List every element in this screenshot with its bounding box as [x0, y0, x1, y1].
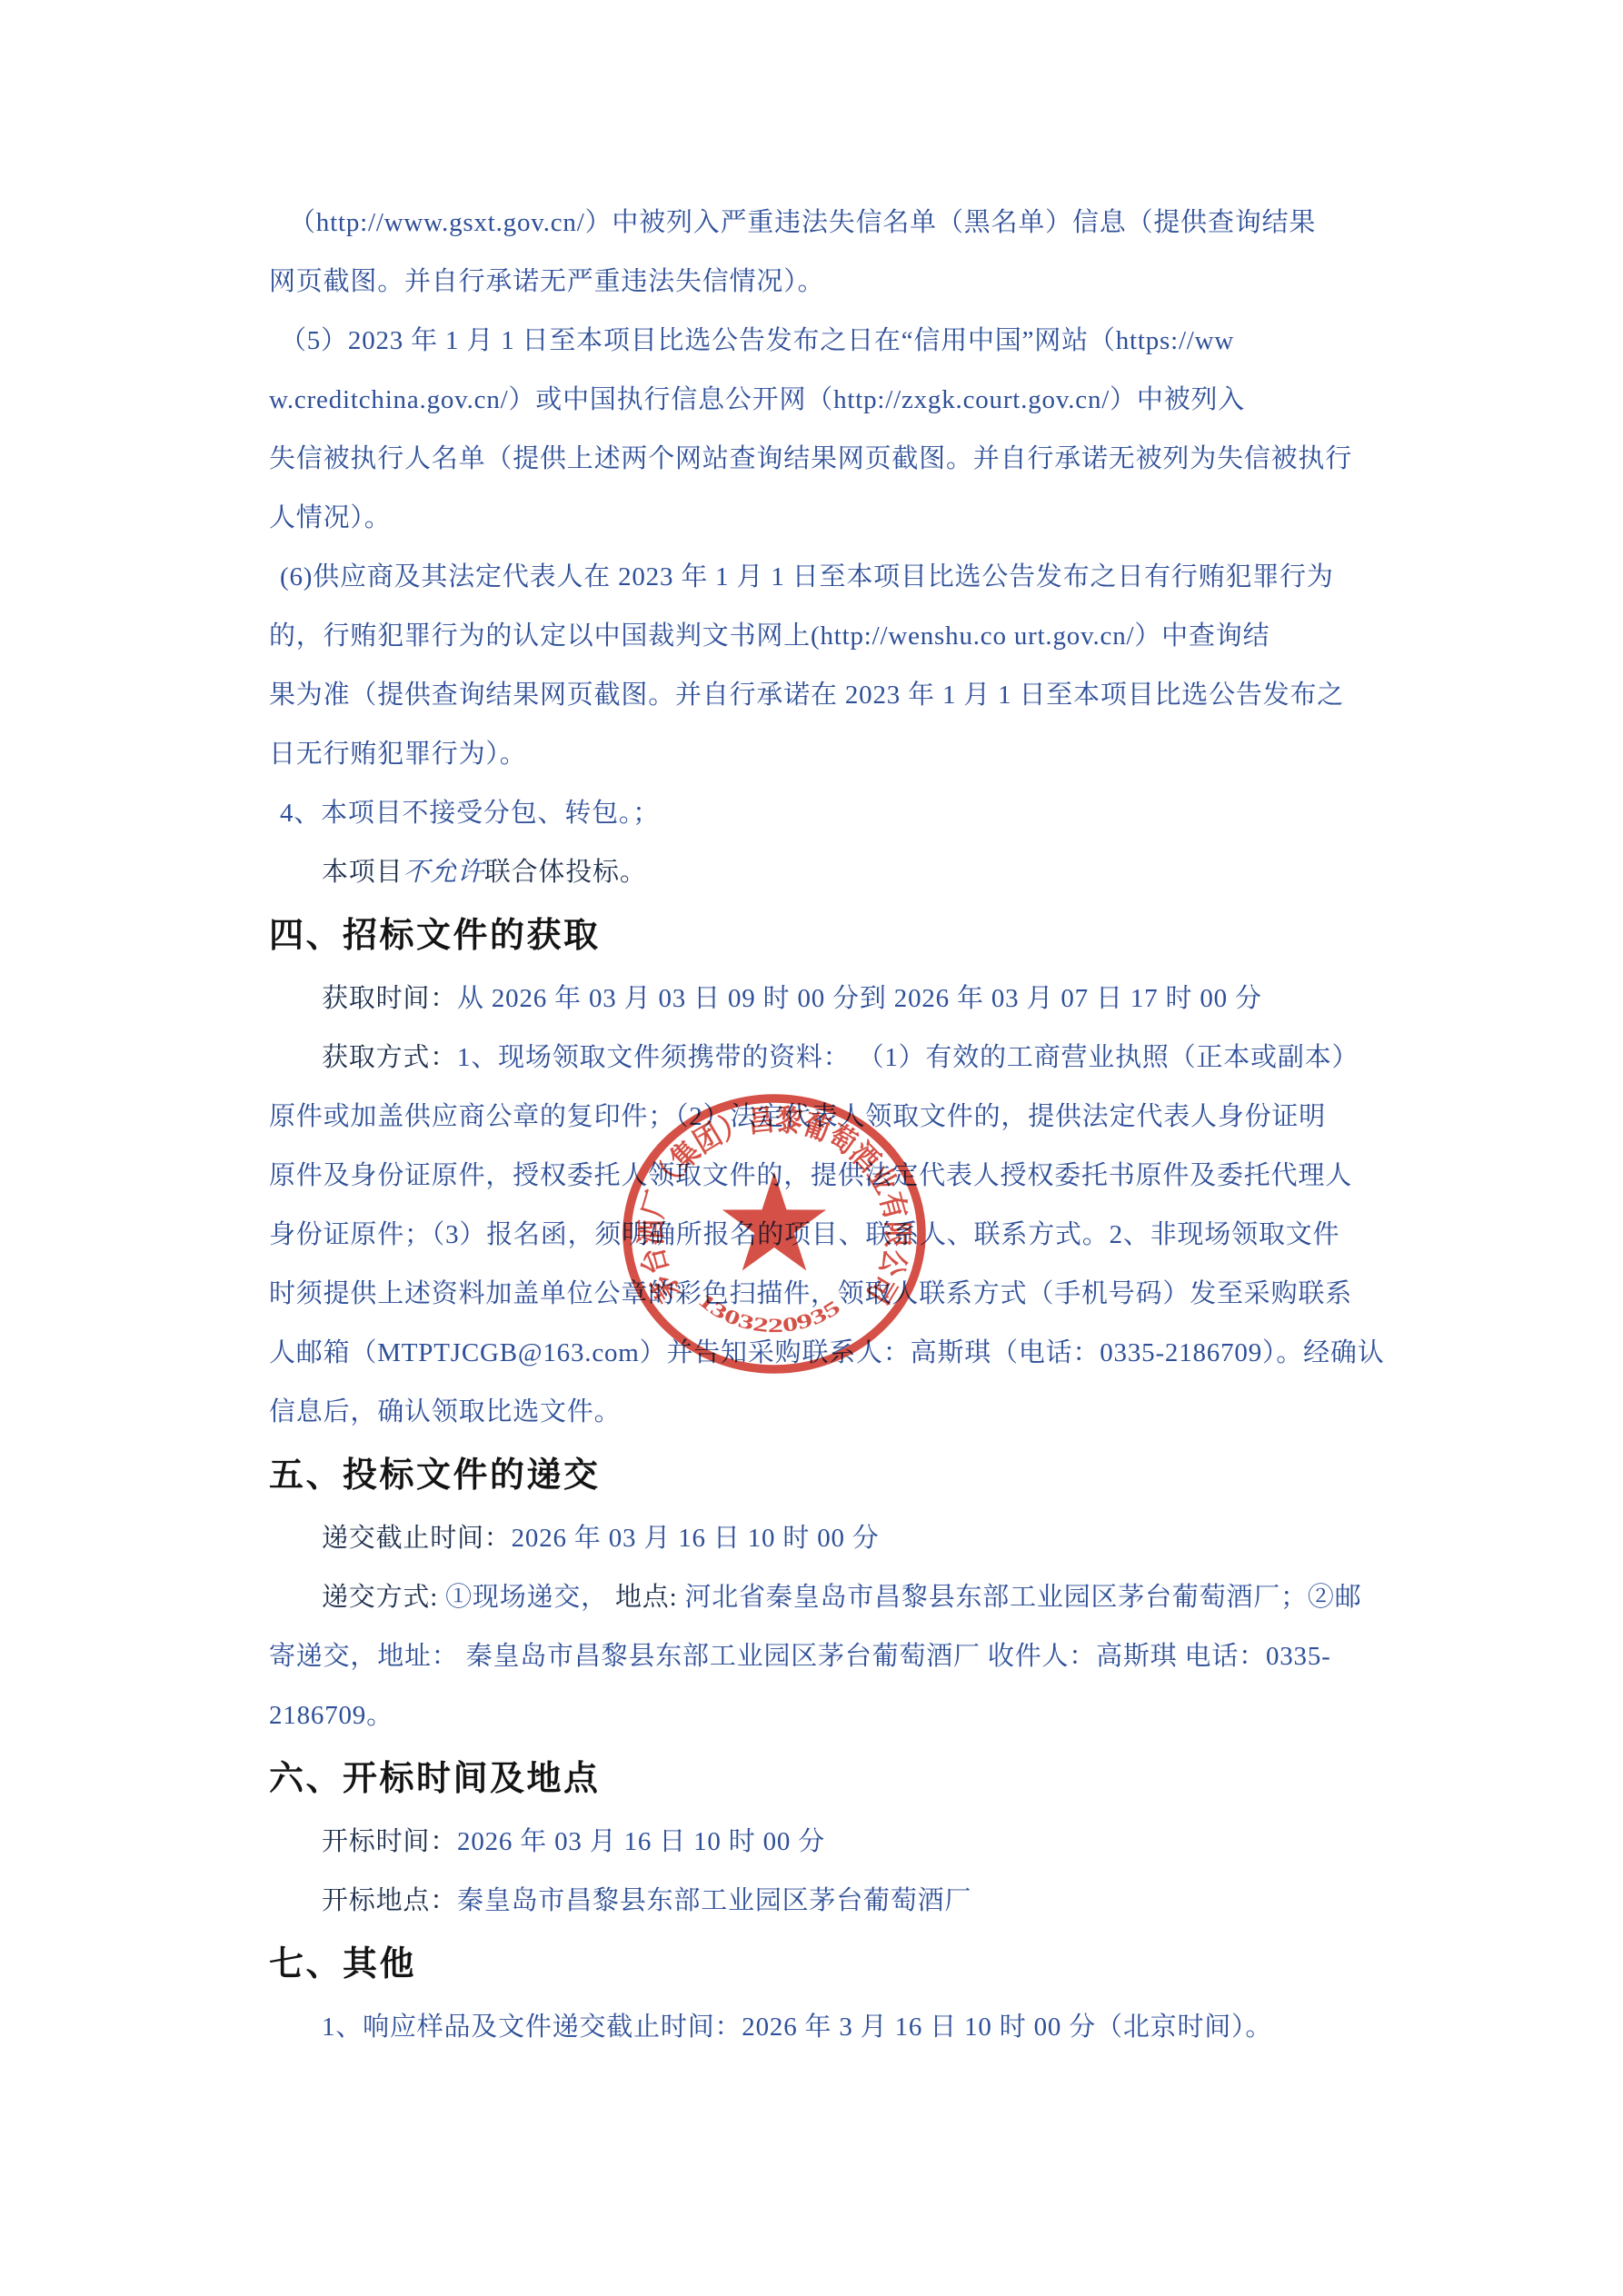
text-segment: 原件或加盖供应商公章的复印件；（2）法定代表人领取文件的，提供法定代表人身份证明 — [269, 1102, 1326, 1131]
text-line: 递交截止时间：2026 年 03 月 16 日 10 时 00 分 — [269, 1509, 1359, 1568]
text-line: 开标地点：秦皇岛市昌黎县东部工业园区茅台葡萄酒厂 — [269, 1872, 1359, 1931]
text-segment: 网页截图。并自行承诺无严重违法失信情况）。 — [269, 267, 824, 296]
text-segment: 4、本项目不接受分包、转包。； — [280, 799, 660, 828]
text-segment: 获取方式： — [322, 1043, 457, 1072]
text-line: 获取时间：从 2026 年 03 月 03 日 09 时 00 分到 2026 … — [269, 969, 1359, 1029]
text-line: 的，行贿犯罪行为的认定以中国裁判文书网上(http://wenshu.co ur… — [269, 607, 1359, 666]
text-segment: 身份证原件；（3）报名函，须明确所报名的项目、联系人、联系方式。2、非现场领取文… — [269, 1220, 1339, 1249]
text-line: 4、本项目不接受分包、转包。； — [269, 784, 1359, 843]
document-page: （http://www.gsxt.gov.cn/）中被列入严重违法失信名单（黑名… — [0, 0, 1623, 2296]
text-segment: 日无行贿犯罪行为）。 — [269, 740, 527, 769]
text-segment: 本项目 — [322, 858, 403, 887]
text-segment: 的，行贿犯罪行为的认定以中国裁判文书网上(http://wenshu.co ur… — [269, 621, 1270, 651]
text-line: （5）2023 年 1 月 1 日至本项目比选公告发布之日在“信用中国”网站（h… — [269, 312, 1359, 371]
text-segment: 信息后，确认领取比选文件。 — [269, 1397, 621, 1426]
text-segment: （http://www.gsxt.gov.cn/）中被列入严重违法失信名单（黑名… — [289, 208, 1316, 237]
text-segment: 原件及身份证原件，授权委托人领取文件的，提供法定代表人授权委托书原件及委托代理人 — [269, 1161, 1352, 1190]
text-segment: 时须提供上述资料加盖单位公章的彩色扫描件，领取人联系方式（手机号码）发至采购联系 — [269, 1279, 1352, 1308]
text-segment: ①现场递交， — [438, 1583, 615, 1612]
text-segment: 失信被执行人名单（提供上述两个网站查询结果网页截图。并自行承诺无被列为失信被执行 — [269, 444, 1352, 473]
text-line: 原件及身份证原件，授权委托人领取文件的，提供法定代表人授权委托书原件及委托代理人 — [269, 1147, 1359, 1206]
section-heading: 四、招标文件的获取 — [269, 902, 1359, 969]
text-segment: 四、招标文件的获取 — [269, 917, 601, 955]
text-segment: 寄递交，地址： 秦皇岛市昌黎县东部工业园区茅台葡萄酒厂 收件人：高斯琪 电话：0… — [269, 1642, 1331, 1671]
text-line: 寄递交，地址： 秦皇岛市昌黎县东部工业园区茅台葡萄酒厂 收件人：高斯琪 电话：0… — [269, 1627, 1359, 1686]
text-segment: 联合体投标。 — [484, 858, 647, 887]
text-line: 2186709。 — [269, 1686, 1359, 1745]
text-line: （http://www.gsxt.gov.cn/）中被列入严重违法失信名单（黑名… — [269, 194, 1359, 253]
text-line: 果为准（提供查询结果网页截图。并自行承诺在 2023 年 1 月 1 日至本项目… — [269, 666, 1359, 725]
text-line: 人邮箱（MTPTJCGB@163.com）并告知采购联系人：高斯琪（电话：033… — [269, 1324, 1359, 1383]
text-segment: 七、其他 — [269, 1945, 416, 1983]
text-line: 时须提供上述资料加盖单位公章的彩色扫描件，领取人联系方式（手机号码）发至采购联系 — [269, 1265, 1359, 1324]
text-segment: 1、响应样品及文件递交截止时间：2026 年 3 月 16 日 10 时 00 … — [322, 2013, 1272, 2042]
text-line: 本项目不允许联合体投标。 — [269, 843, 1359, 902]
text-segment: 人情况）。 — [269, 503, 392, 532]
text-line: 失信被执行人名单（提供上述两个网站查询结果网页截图。并自行承诺无被列为失信被执行 — [269, 430, 1359, 489]
text-segment: 获取时间： — [322, 984, 457, 1013]
text-segment: 递交方式: — [322, 1583, 438, 1612]
text-segment: （5）2023 年 1 月 1 日至本项目比选公告发布之日在“信用中国”网站（h… — [280, 326, 1234, 355]
text-segment: 不允许 — [403, 858, 483, 887]
text-segment: 从 2026 年 03 月 03 日 09 时 00 分到 2026 年 03 … — [457, 984, 1262, 1013]
text-segment: w.creditchina.gov.cn/）或中国执行信息公开网（http://… — [269, 385, 1245, 414]
text-segment: 2186709。 — [269, 1701, 393, 1730]
text-segment: 五、投标文件的递交 — [269, 1456, 601, 1495]
text-line: 网页截图。并自行承诺无严重违法失信情况）。 — [269, 253, 1359, 312]
text-line: 1、响应样品及文件递交截止时间：2026 年 3 月 16 日 10 时 00 … — [269, 1998, 1359, 2057]
text-segment: 地点: — [615, 1583, 677, 1612]
text-segment: 秦皇岛市昌黎县东部工业园区茅台葡萄酒厂 — [457, 1886, 971, 1915]
text-segment: 开标时间： — [322, 1827, 457, 1856]
section-heading: 五、投标文件的递交 — [269, 1442, 1359, 1509]
document-body: （http://www.gsxt.gov.cn/）中被列入严重违法失信名单（黑名… — [269, 194, 1359, 2057]
text-line: (6)供应商及其法定代表人在 2023 年 1 月 1 日至本项目比选公告发布之… — [269, 548, 1359, 607]
text-segment: 2026 年 03 月 16 日 10 时 00 分 — [457, 1827, 825, 1856]
text-segment: 开标地点： — [322, 1886, 457, 1915]
text-line: 获取方式：1、现场领取文件须携带的资料： （1）有效的工商营业执照（正本或副本） — [269, 1029, 1359, 1088]
text-line: 人情况）。 — [269, 489, 1359, 548]
text-line: 日无行贿犯罪行为）。 — [269, 725, 1359, 784]
text-line: w.creditchina.gov.cn/）或中国执行信息公开网（http://… — [269, 371, 1359, 430]
text-segment: 六、开标时间及地点 — [269, 1760, 601, 1798]
section-heading: 七、其他 — [269, 1931, 1359, 1998]
text-line: 身份证原件；（3）报名函，须明确所报名的项目、联系人、联系方式。2、非现场领取文… — [269, 1206, 1359, 1265]
text-segment: 递交截止时间： — [322, 1524, 512, 1553]
text-segment: 河北省秦皇岛市昌黎县东部工业园区茅台葡萄酒厂；②邮 — [677, 1583, 1361, 1612]
text-segment: (6)供应商及其法定代表人在 2023 年 1 月 1 日至本项目比选公告发布之… — [280, 562, 1334, 591]
text-line: 信息后，确认领取比选文件。 — [269, 1383, 1359, 1442]
text-segment: 果为准（提供查询结果网页截图。并自行承诺在 2023 年 1 月 1 日至本项目… — [269, 681, 1344, 710]
section-heading: 六、开标时间及地点 — [269, 1745, 1359, 1813]
text-line: 递交方式: ①现场递交， 地点: 河北省秦皇岛市昌黎县东部工业园区茅台葡萄酒厂；… — [269, 1568, 1359, 1627]
text-line: 开标时间：2026 年 03 月 16 日 10 时 00 分 — [269, 1813, 1359, 1872]
text-segment: 1、现场领取文件须携带的资料： （1）有效的工商营业执照（正本或副本） — [457, 1043, 1359, 1072]
text-segment: 人邮箱（MTPTJCGB@163.com）并告知采购联系人：高斯琪（电话：033… — [269, 1338, 1385, 1367]
text-segment: 2026 年 03 月 16 日 10 时 00 分 — [512, 1524, 880, 1553]
text-line: 原件或加盖供应商公章的复印件；（2）法定代表人领取文件的，提供法定代表人身份证明 — [269, 1088, 1359, 1147]
